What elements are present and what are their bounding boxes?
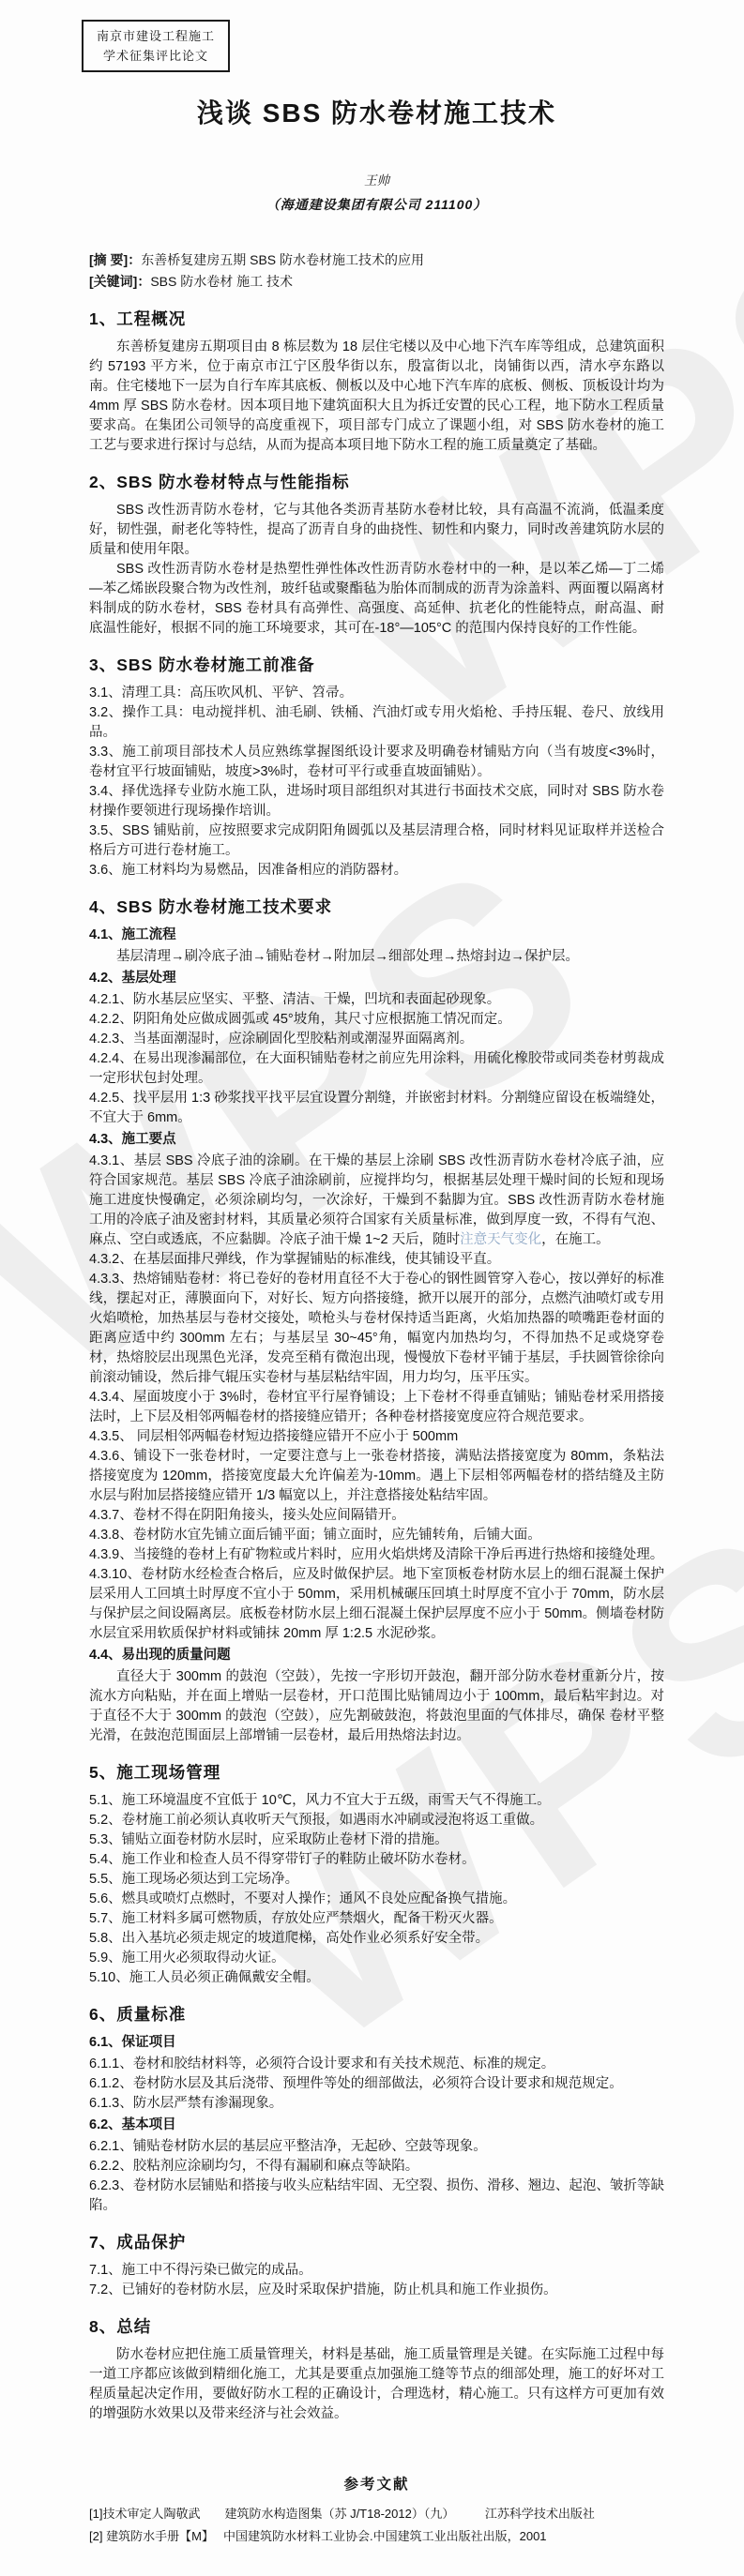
clause-item: 4.3.4、屋面坡度小于 3%时，卷材宜平行屋脊铺设；上下卷材不得垂直铺贴；铺贴… bbox=[89, 1388, 664, 1427]
keywords-label: [关键词]： bbox=[89, 274, 150, 289]
clause-item: 5.6、燃具或喷灯点燃时，不要对人操作；通风不良处应配备换气措施。 bbox=[89, 1890, 664, 1909]
section: 3、SBS 防水卷材施工前准备3.1、清理工具：高压吹风机、平铲、笤帚。3.2、… bbox=[89, 653, 664, 881]
clause-item: 3.2、操作工具：电动搅拌机、油毛刷、铁桶、汽油灯或专用火焰枪、手持压辊、卷尺、… bbox=[89, 703, 664, 743]
section: 6、质量标准6.1、保证项目6.1.1、卷材和胶结材料等，必须符合设计要求和有关… bbox=[89, 2002, 664, 2216]
references-heading: 参考文献 bbox=[89, 2473, 664, 2493]
sections-container: 1、工程概况东善桥复建房五期项目由 8 栋层数为 18 层住宅楼以及中心地下汽车… bbox=[89, 307, 664, 2424]
clause-item: 5.4、施工作业和检查人员不得穿带钉子的鞋防止破坏防水卷材。 bbox=[89, 1850, 664, 1870]
clause-item: 6.2.3、卷材防水层铺贴和搭接与收头应粘结牢固、无空裂、损伤、滑移、翘边、起泡… bbox=[89, 2177, 664, 2216]
clause-item: 3.4、择优选择专业防水施工队，进场时项目部组织对其进行书面技术交底，同时对 S… bbox=[89, 782, 664, 821]
section: 7、成品保护7.1、施工中不得污染已做完的成品。7.2、已铺好的卷材防水层，应及… bbox=[89, 2230, 664, 2300]
clause-item: 6.2.2、胶粘剂应涂刷均匀，不得有漏刷和麻点等缺陷。 bbox=[89, 2157, 664, 2177]
reference-item: [1]技术审定人陶敬武 建筑防水构造图集（苏 J/T18-2012）（九） 江苏… bbox=[89, 2503, 664, 2525]
clause-item: 4.3.2、在基层面排尺弹线，作为掌握铺贴的标准线，使其铺设平直。 bbox=[89, 1250, 664, 1270]
author-name: 王帅 bbox=[89, 170, 664, 188]
clause-item: 6.2.1、铺贴卷材防水层的基层应平整洁净，无起砂、空鼓等现象。 bbox=[89, 2137, 664, 2157]
clause-item: 5.10、施工人员必须正确佩戴安全帽。 bbox=[89, 1968, 664, 1988]
subsection-heading: 4.1、施工流程 bbox=[89, 926, 664, 945]
author-affiliation: （海通建设集团有限公司 211100） bbox=[89, 195, 664, 214]
clause-item: 4.2.5、找平层用 1:3 砂浆找平找平层宜设置分割缝，并嵌密封材料。分割缝应… bbox=[89, 1089, 664, 1128]
abstract-text: 东善桥复建房五期 SBS 防水卷材施工技术的应用 bbox=[141, 252, 424, 267]
clause-item: 4.2.3、当基面潮湿时，应涂刷固化型胶粘剂或潮湿界面隔离剂。 bbox=[89, 1030, 664, 1049]
stamp-line-1: 南京市建设工程施工 bbox=[97, 26, 215, 46]
clause-item: 5.5、施工现场必须达到工完场净。 bbox=[89, 1870, 664, 1890]
section: 2、SBS 防水卷材特点与性能指标SBS 改性沥青防水卷材，它与其他各类沥青基防… bbox=[89, 470, 664, 639]
clause-item: 3.5、SBS 铺贴前，应按照要求完成阴阳角圆弧以及基层清理合格，同时材料见证取… bbox=[89, 821, 664, 861]
reference-item: [2] 建筑防水手册【M】 中国建筑防水材料工业协会.中国建筑工业出版社出版，2… bbox=[89, 2525, 664, 2548]
clause-item: 4.3.7、卷材不得在阴阳角接头，接头处应间隔错开。 bbox=[89, 1506, 664, 1526]
document-content: 浅谈 SBS 防水卷材施工技术 王帅 （海通建设集团有限公司 211100） [… bbox=[0, 0, 744, 2576]
subsection-heading: 6.1、保证项目 bbox=[89, 2033, 664, 2053]
paragraph: SBS 改性沥青防水卷材是热塑性弹性体改性沥青防水卷材中的一种，是以苯乙烯—丁二… bbox=[89, 560, 664, 639]
clause-item: 5.1、施工环境温度不宜低于 10℃，风力不宜大于五级，雨雪天气不得施工。 bbox=[89, 1791, 664, 1811]
clause-item: 4.3.1、基层 SBS 冷底子油的涂刷。在干燥的基层上涂刷 SBS 改性沥青防… bbox=[89, 1152, 664, 1250]
document-page: WPS WPS WPS 南京市建设工程施工 学术征集评比论文 浅谈 SBS 防水… bbox=[0, 0, 744, 2576]
paragraph: 东善桥复建房五期项目由 8 栋层数为 18 层住宅楼以及中心地下汽车库等组成，总… bbox=[89, 338, 664, 456]
paragraph: 防水卷材应把住施工质量管理关，材料是基础，施工质量管理是关键。在实际施工过程中每… bbox=[89, 2345, 664, 2424]
section-heading: 8、总结 bbox=[89, 2314, 664, 2338]
highlighted-phrase: 注意天气变化 bbox=[460, 1232, 541, 1247]
abstract-line: [摘 要]：东善桥复建房五期 SBS 防水卷材施工技术的应用 bbox=[89, 249, 664, 271]
clause-item: 6.1.2、卷材防水层及其后浇带、预埋件等处的细部做法，必须符合设计要求和规范规… bbox=[89, 2074, 664, 2094]
section: 4、SBS 防水卷材施工技术要求4.1、施工流程基层清理→刷冷底子油→铺贴卷材→… bbox=[89, 895, 664, 1746]
clause-item: 7.2、已铺好的卷材防水层，应及时采取保护措施，防止机具和施工作业损伤。 bbox=[89, 2281, 664, 2300]
clause-item: 5.2、卷材施工前必须认真收听天气预报，如遇雨水冲刷或浸泡将返工重做。 bbox=[89, 1811, 664, 1830]
references-list: [1]技术审定人陶敬武 建筑防水构造图集（苏 J/T18-2012）（九） 江苏… bbox=[89, 2503, 664, 2548]
paragraph: SBS 改性沥青防水卷材，它与其他各类沥青基防水卷材比较，具有高温不流淌，低温柔… bbox=[89, 501, 664, 560]
section-heading: 2、SBS 防水卷材特点与性能指标 bbox=[89, 470, 664, 493]
clause-item: 4.3.9、当接缝的卷材上有矿物粒或片料时，应用火焰烘烤及清除干净后再进行热熔和… bbox=[89, 1545, 664, 1565]
references-block: 参考文献 [1]技术审定人陶敬武 建筑防水构造图集（苏 J/T18-2012）（… bbox=[89, 2473, 664, 2548]
paragraph: 基层清理→刷冷底子油→铺贴卷材→附加层→细部处理→热熔封边→保护层。 bbox=[89, 947, 664, 967]
clause-item: 4.3.10、卷材防水经检查合格后，应及时做保护层。地下室顶板卷材防水层上的细石… bbox=[89, 1565, 664, 1644]
keywords-text: SBS 防水卷材 施工 技术 bbox=[150, 274, 293, 289]
clause-item: 5.9、施工用火必须取得动火证。 bbox=[89, 1949, 664, 1968]
clause-item: 3.3、施工前项目部技术人员应熟练掌握图纸设计要求及明确卷材铺贴方向（当有坡度<… bbox=[89, 743, 664, 782]
section-heading: 3、SBS 防水卷材施工前准备 bbox=[89, 653, 664, 676]
clause-item: 4.3.8、卷材防水宜先铺立面后铺平面；铺立面时，应先铺转角，后铺大面。 bbox=[89, 1526, 664, 1545]
abstract-keywords-block: [摘 要]：东善桥复建房五期 SBS 防水卷材施工技术的应用 [关键词]：SBS… bbox=[89, 249, 664, 293]
clause-item: 6.1.1、卷材和胶结材料等，必须符合设计要求和有关技术规范、标准的规定。 bbox=[89, 2055, 664, 2074]
clause-item: 5.8、出入基坑必须走规定的坡道爬梯，高处作业必须系好安全带。 bbox=[89, 1929, 664, 1949]
clause-item: 5.7、施工材料多属可燃物质，存放处应严禁烟火，配备干粉灭火器。 bbox=[89, 1909, 664, 1929]
clause-item: 4.3.6、铺设下一张卷材时，一定要注意与上一张卷材搭接，满贴法搭接宽度为 80… bbox=[89, 1447, 664, 1506]
clause-item: 4.3.3、热熔铺贴卷材：将已卷好的卷材用直径不大于卷心的钢性圆管穿入卷心，按以… bbox=[89, 1270, 664, 1388]
paragraph: 直径大于 300mm 的鼓泡（空鼓），先按一字形切开鼓泡，翻开部分防水卷材重新分… bbox=[89, 1667, 664, 1746]
section-heading: 6、质量标准 bbox=[89, 2002, 664, 2026]
section-heading: 5、施工现场管理 bbox=[89, 1760, 664, 1784]
clause-item: 3.6、施工材料均为易燃品，因准备相应的消防器材。 bbox=[89, 861, 664, 881]
clause-item: 4.2.4、在易出现渗漏部位，在大面积铺贴卷材之前应先用涂料，用硫化橡胶带或同类… bbox=[89, 1049, 664, 1089]
section-heading: 1、工程概况 bbox=[89, 307, 664, 330]
clause-item: 5.3、铺贴立面卷材防水层时，应采取防止卷材下滑的措施。 bbox=[89, 1830, 664, 1850]
subsection-heading: 4.2、基层处理 bbox=[89, 969, 664, 988]
subsection-heading: 6.2、基本项目 bbox=[89, 2116, 664, 2135]
clause-item: 7.1、施工中不得污染已做完的成品。 bbox=[89, 2261, 664, 2281]
section: 8、总结防水卷材应把住施工质量管理关，材料是基础，施工质量管理是关键。在实际施工… bbox=[89, 2314, 664, 2424]
section-heading: 4、SBS 防水卷材施工技术要求 bbox=[89, 895, 664, 918]
section: 5、施工现场管理5.1、施工环境温度不宜低于 10℃，风力不宜大于五级，雨雪天气… bbox=[89, 1760, 664, 1988]
section-heading: 7、成品保护 bbox=[89, 2230, 664, 2253]
keywords-line: [关键词]：SBS 防水卷材 施工 技术 bbox=[89, 271, 664, 293]
clause-item: 4.2.2、阴阳角处应做成圆弧或 45°坡角，其尺寸应根据施工情况而定。 bbox=[89, 1010, 664, 1030]
subsection-heading: 4.3、施工要点 bbox=[89, 1130, 664, 1150]
section: 1、工程概况东善桥复建房五期项目由 8 栋层数为 18 层住宅楼以及中心地下汽车… bbox=[89, 307, 664, 456]
clause-item: 4.2.1、防水基层应坚实、平整、清洁、干燥，凹坑和表面起砂现象。 bbox=[89, 990, 664, 1010]
clause-item: 3.1、清理工具：高压吹风机、平铲、笤帚。 bbox=[89, 684, 664, 703]
clause-item: 4.3.5、 同层相邻两幅卷材短边搭接缝应错开不应小于 500mm bbox=[89, 1427, 664, 1447]
clause-item: 6.1.3、防水层严禁有渗漏现象。 bbox=[89, 2094, 664, 2114]
stamp-line-2: 学术征集评比论文 bbox=[97, 46, 215, 66]
submission-stamp-box: 南京市建设工程施工 学术征集评比论文 bbox=[82, 20, 230, 72]
abstract-label: [摘 要]： bbox=[89, 252, 141, 267]
subsection-heading: 4.4、易出现的质量问题 bbox=[89, 1646, 664, 1665]
